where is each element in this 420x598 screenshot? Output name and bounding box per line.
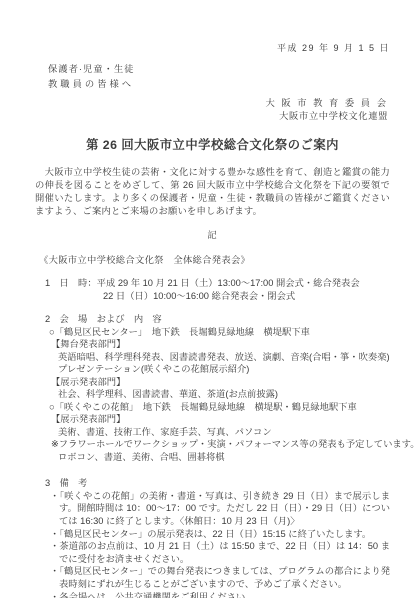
note-bullet-1: ・「咲くやこの花館」の美術・書道・写真は、引き続き 29 日（日）まで展示します… — [50, 490, 390, 528]
section2-heading: 2 会 場 および 内 容 — [45, 313, 390, 326]
datetime-line-1: 1 日 時：平成 29 年 10 月 21 日（土）13:00〜17:00 開会… — [45, 277, 390, 290]
venue1-stage-header: 【舞台発表部門】 — [51, 338, 390, 351]
section-notes: 3 備 考 ・「咲くやこの花館」の美術・書道・写真は、引き続き 29 日（日）ま… — [35, 477, 390, 598]
flower-hall-note: ※フラワーホールでワークショップ・実演・パフォーマンス等の発表も予定しています。 — [51, 438, 390, 451]
section1-heading: 1 日 時： — [45, 278, 97, 288]
flower-hall-note-items: ロボコン、書道、美術、合唱、囲碁将棋 — [58, 451, 390, 464]
transit-note-suffix: をご利用ください。 — [171, 592, 255, 598]
sender-block: 大 阪 市 教 育 委 員 会 大阪市立中学校文化連盟 — [35, 97, 388, 123]
addressee-block: 保護者·児童・生徒 教職員の皆様へ — [48, 62, 390, 92]
sender-line-1: 大 阪 市 教 育 委 員 会 — [35, 97, 388, 110]
transit-note-prefix: ・各会場へは、 — [50, 592, 115, 598]
note-bullet-3: ・茶道部のお点前は、10 月 21 日（土）は 15:50 まで、22 日（日）… — [50, 540, 390, 565]
section-venue: 2 会 場 および 内 容 ○「鶴見区民センター」 地下鉄 長堀鶴見緑地線 横堤… — [35, 313, 390, 463]
section1-date-1: 平成 29 年 10 月 21 日（土）13:00〜17:00 開会式・総合発表… — [97, 278, 360, 288]
addressee-line-2: 教職員の皆様へ — [48, 77, 390, 92]
venue1-name: ○「鶴見区民センター」 地下鉄 長堀鶴見緑地線 横堤駅下車 — [49, 326, 390, 339]
record-mark: 記 — [35, 229, 390, 242]
datetime-line-2: 22 日（日）10:00〜16:00 総合発表会・閉会式 — [103, 290, 390, 303]
venue1-exhibit-header: 【展示発表部門】 — [51, 376, 390, 389]
venue2-exhibit-header: 【展示発表部門】 — [51, 413, 390, 426]
document-page: 平成 29 年 9 月 1 5 日 保護者·児童・生徒 教職員の皆様へ 大 阪 … — [0, 0, 420, 598]
sender-line-2: 大阪市立中学校文化連盟 — [35, 110, 388, 123]
venue2-name: ○「咲くやこの花館」 地下鉄 長堀鶴見緑地線 横堤駅・鶴見緑地駅下車 — [49, 401, 390, 414]
addressee-line-1: 保護者·児童・生徒 — [48, 62, 390, 77]
venue2-exhibit-items: 美術、書道、技術工作、家庭手芸、写真、パソコン — [58, 426, 390, 439]
section3-heading: 3 備 考 — [45, 477, 390, 490]
venue1-stage-items-2: プレゼンテーション(咲くやこの花館展示紹介) — [58, 363, 390, 376]
document-title: 第 26 回大阪市立中学校総合文化祭のご案内 — [35, 138, 390, 153]
venue1-exhibit-items: 社会、科学理科、図書読書、華道、茶道(お点前披露) — [58, 388, 390, 401]
festival-subheading: 《大阪市立中学校総合文化祭 全体総合発表会》 — [39, 254, 390, 267]
issue-date: 平成 29 年 9 月 1 5 日 — [35, 42, 390, 55]
note-bullet-2: ・「鶴見区民センター」の展示発表は、22 日（日）15:15 に終了いたします。 — [50, 528, 390, 541]
note-bullet-5: ・各会場へは、公共交通機関をご利用ください。 — [50, 591, 390, 598]
note-bullet-4: ・「鶴見区民センター」での舞台発表につきましては、プログラムの都合により発表時刻… — [50, 565, 390, 590]
venue1-stage-items-1: 英語暗唱、科学理科発表、図書読書発表、放送、演劇、音楽(合唱・箏・吹奏楽) — [58, 351, 390, 364]
public-transit-underlined-text: 公共交通機関 — [115, 592, 171, 598]
intro-paragraph: 大阪市立中学校生徒の芸術・文化に対する豊かな感性を育て、創造と鑑賞の能力の伸長を… — [35, 166, 390, 219]
section-datetime: 1 日 時：平成 29 年 10 月 21 日（土）13:00〜17:00 開会… — [35, 277, 390, 302]
